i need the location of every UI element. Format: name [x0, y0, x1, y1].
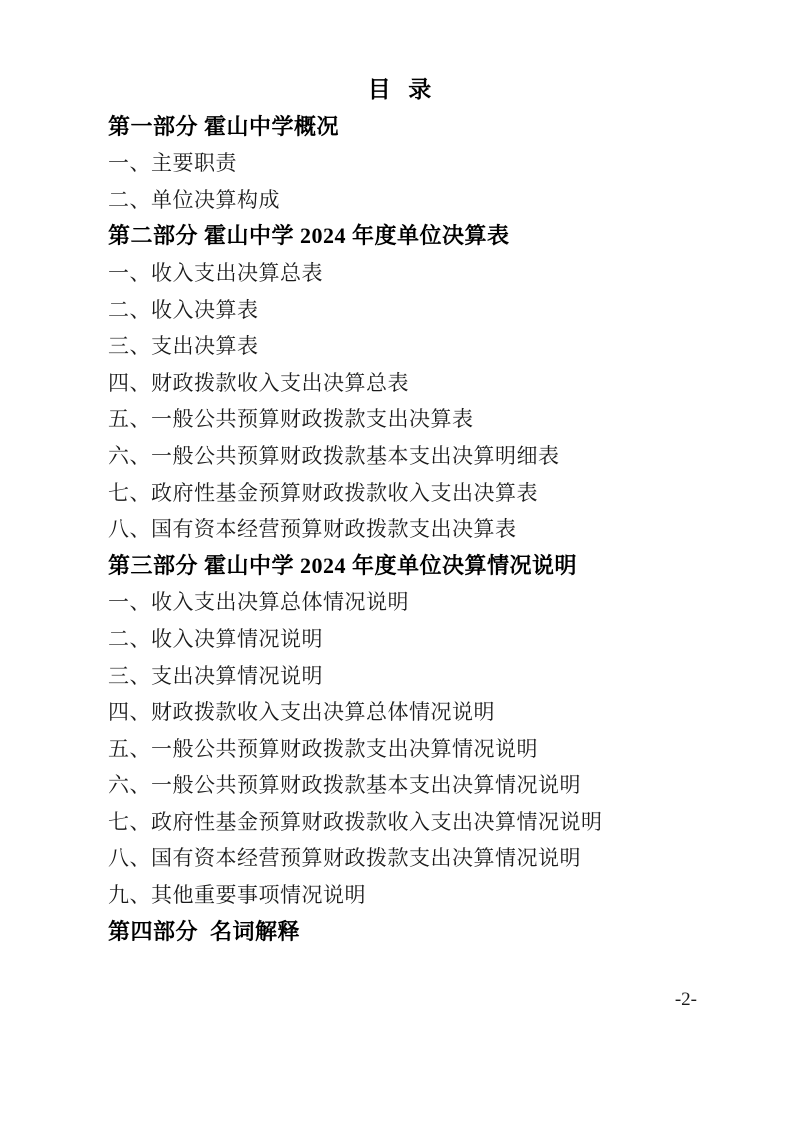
- toc-item: 七、政府性基金预算财政拨款收入支出决算表: [108, 475, 693, 512]
- toc-item: 六、一般公共预算财政拨款基本支出决算情况说明: [108, 767, 693, 804]
- toc-item: 六、一般公共预算财政拨款基本支出决算明细表: [108, 438, 693, 475]
- toc-item: 三、支出决算表: [108, 328, 693, 365]
- toc-item: 五、一般公共预算财政拨款支出决算情况说明: [108, 731, 693, 768]
- toc-item: 八、国有资本经营预算财政拨款支出决算表: [108, 511, 693, 548]
- section-1-heading: 第一部分 霍山中学概况: [108, 109, 693, 146]
- toc-item: 一、主要职责: [108, 145, 693, 182]
- section-3-heading: 第三部分 霍山中学 2024 年度单位决算情况说明: [108, 548, 693, 585]
- section-4-heading: 第四部分 名词解释: [108, 914, 693, 951]
- document-page: 目 录 第一部分 霍山中学概况 一、主要职责 二、单位决算构成 第二部分 霍山中…: [0, 0, 793, 1122]
- toc-item: 二、收入决算表: [108, 292, 693, 329]
- toc-item: 一、收入支出决算总体情况说明: [108, 584, 693, 621]
- toc-title: 目 录: [108, 72, 693, 109]
- toc-item: 二、收入决算情况说明: [108, 621, 693, 658]
- page-number: -2-: [675, 985, 697, 1015]
- toc-item: 九、其他重要事项情况说明: [108, 877, 693, 914]
- toc-item: 四、财政拨款收入支出决算总表: [108, 365, 693, 402]
- toc-item: 四、财政拨款收入支出决算总体情况说明: [108, 694, 693, 731]
- toc-item: 三、支出决算情况说明: [108, 658, 693, 695]
- toc-item: 一、收入支出决算总表: [108, 255, 693, 292]
- toc-item: 二、单位决算构成: [108, 182, 693, 219]
- section-2-heading: 第二部分 霍山中学 2024 年度单位决算表: [108, 218, 693, 255]
- toc-item: 八、国有资本经营预算财政拨款支出决算情况说明: [108, 840, 693, 877]
- toc-item: 七、政府性基金预算财政拨款收入支出决算情况说明: [108, 804, 693, 841]
- toc-item: 五、一般公共预算财政拨款支出决算表: [108, 401, 693, 438]
